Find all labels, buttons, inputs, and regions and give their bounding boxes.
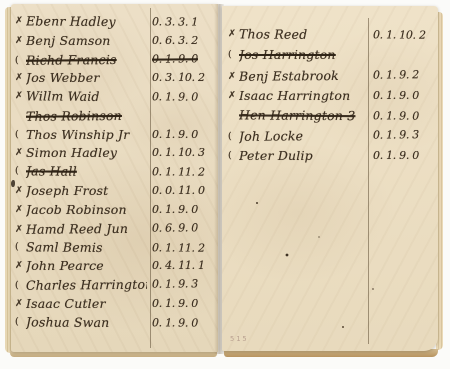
ledger-entry-row: ✗Ebenr Hadley0. 3. 3. 1 xyxy=(15,11,215,31)
ledger-entry-row: ✗Isaac Cutler0. 1. 9. 0 xyxy=(15,294,215,313)
entry-name: Charles Harrington xyxy=(26,277,147,293)
ledger-entry-row: Hen Harrington 30. 1. 9. 0 xyxy=(228,104,435,126)
ledger-entry-row: ✗Benj Estabrook0. 1. 9. 2 xyxy=(228,64,435,86)
tally-mark-icon: ( xyxy=(228,150,239,161)
tally-mark-icon: ( xyxy=(15,280,26,291)
tally-mark-icon: ( xyxy=(15,54,26,65)
entry-name: Saml Bemis xyxy=(26,239,147,255)
tally-mark-icon: ✗ xyxy=(15,185,26,196)
right-page-entry-list: ✗Thos Reed0. 1. 10. 2(Jos Harrington✗Ben… xyxy=(228,24,435,166)
entry-amount: 0. 1. 9. 0 xyxy=(147,203,215,216)
tally-mark-icon: ✗ xyxy=(15,90,26,101)
entry-amount: 0. 1. 9. 0 xyxy=(147,316,215,329)
tally-mark-icon: ✗ xyxy=(228,70,239,81)
ledger-entry-row: (Joh Locke0. 1. 9. 3 xyxy=(228,125,435,147)
tally-mark-icon: ✗ xyxy=(15,147,26,158)
entry-name: Jos Harrington xyxy=(239,47,368,62)
entry-name: Joh Locke xyxy=(239,128,368,144)
ledger-entry-row: (Joshua Swan0. 1. 9. 0 xyxy=(15,312,215,332)
entry-amount: 0. 6. 9. 0 xyxy=(147,221,215,235)
ledger-entry-row: ✗Jos Webber0. 3. 10. 2 xyxy=(15,68,215,87)
entry-amount: 0. 4. 11. 1 xyxy=(147,259,215,272)
entry-name: Simon Hadley xyxy=(26,145,147,160)
entry-name: Peter Dulip xyxy=(239,148,368,163)
left-page-entry-list: ✗Ebenr Hadley0. 3. 3. 1✗Benj Samson0. 6.… xyxy=(15,12,215,332)
ledger-entry-row: (Jos Harrington xyxy=(228,44,435,64)
ledger-right-page: ✗Thos Reed0. 1. 10. 2(Jos Harrington✗Ben… xyxy=(222,6,438,351)
entry-amount: 0. 1. 9. 0 xyxy=(147,128,215,141)
page-number-stamp: 515 xyxy=(230,335,249,343)
entry-amount: 0. 1. 11. 2 xyxy=(147,241,215,254)
ink-specks xyxy=(222,6,224,8)
entry-amount: 0. 1. 9. 3 xyxy=(368,128,435,142)
ledger-entry-row: ✗John Pearce0. 4. 11. 1 xyxy=(15,256,215,275)
entry-name: Isaac Harrington xyxy=(239,88,368,103)
tally-mark-icon: ( xyxy=(15,166,26,177)
tally-mark-icon: ( xyxy=(15,129,26,140)
ledger-entry-row: (Charles Harrington0. 1. 9. 3 xyxy=(15,274,215,295)
entry-amount: 0. 3. 3. 1 xyxy=(147,15,215,28)
tally-mark-icon: ✗ xyxy=(15,298,26,309)
entry-amount: 0. 3. 10. 2 xyxy=(147,71,215,84)
entry-name: Jacob Robinson xyxy=(26,202,147,217)
entry-amount: 0. 1. 10. 2 xyxy=(368,28,435,41)
entry-name: John Pearce xyxy=(26,258,147,273)
entry-name: Benj Estabrook xyxy=(239,67,368,83)
ledger-entry-row: (Thos Winship Jr0. 1. 9. 0 xyxy=(15,125,215,144)
ledger-left-page: ✗Ebenr Hadley0. 3. 3. 1✗Benj Samson0. 6.… xyxy=(11,4,218,352)
ledger-entry-row: (Peter Dulip0. 1. 9. 0 xyxy=(228,146,435,166)
entry-amount: 0. 1. 9. 0 xyxy=(147,52,215,66)
entry-amount: 0. 1. 10. 3 xyxy=(147,146,215,159)
tally-mark-icon: ( xyxy=(228,49,239,60)
ledger-entry-row: ✗Joseph Frost0. 0. 11. 0 xyxy=(15,181,215,200)
entry-name: Jos Webber xyxy=(26,70,147,85)
entry-amount: 0. 1. 11. 2 xyxy=(147,165,215,178)
tally-mark-icon: ✗ xyxy=(228,28,239,39)
entry-amount: 0. 1. 9. 0 xyxy=(147,297,215,310)
entry-name: Jas Hall xyxy=(26,164,147,180)
ledger-entry-row: (Saml Bemis0. 1. 11. 2 xyxy=(15,237,215,257)
entry-amount: 0. 1. 9. 0 xyxy=(147,90,215,103)
entry-name: Ebenr Hadley xyxy=(26,13,147,29)
tally-mark-icon: ( xyxy=(15,241,26,252)
entry-name: Hamd Reed Jun xyxy=(26,220,147,236)
entry-amount: 0. 1. 9. 3 xyxy=(147,277,215,291)
tally-mark-icon: ✗ xyxy=(15,35,26,46)
tally-mark-icon: ✗ xyxy=(15,260,26,271)
tally-mark-icon: ✗ xyxy=(15,72,26,83)
tally-mark-icon: ✗ xyxy=(15,15,26,26)
entry-name: Thos Robinson xyxy=(26,108,147,124)
tally-mark-icon: ✗ xyxy=(15,204,26,215)
entry-amount: 0. 1. 9. 0 xyxy=(368,89,435,102)
ledger-entry-row: ✗Hamd Reed Jun0. 6. 9. 0 xyxy=(15,218,215,239)
entry-name: Thos Reed xyxy=(239,26,368,42)
entry-amount: 0. 1. 9. 0 xyxy=(368,109,435,122)
entry-name: Joseph Frost xyxy=(26,183,147,198)
entry-amount: 0. 1. 9. 0 xyxy=(368,149,435,162)
ledger-entry-row: Thos Robinson xyxy=(15,105,215,126)
ledger-entry-row: (Richd Francis0. 1. 9. 0 xyxy=(15,49,215,70)
entry-amount: 0. 0. 11. 0 xyxy=(147,184,215,197)
ledger-entry-row: ✗Jacob Robinson0. 1. 9. 0 xyxy=(15,200,215,219)
entry-amount: 0. 1. 9. 2 xyxy=(368,67,435,81)
ledger-entry-row: (Jas Hall0. 1. 11. 2 xyxy=(15,162,215,182)
entry-name: Joshua Swan xyxy=(26,314,147,330)
ledger-entry-row: ✗Simon Hadley0. 1. 10. 3 xyxy=(15,144,215,163)
ledger-entry-row: ✗Benj Samson0. 6. 3. 2 xyxy=(15,31,215,50)
entry-name: Isaac Cutler xyxy=(26,296,147,311)
entry-name: Hen Harrington 3 xyxy=(239,107,368,123)
entry-name: Willm Waid xyxy=(26,88,147,104)
tally-mark-icon: ✗ xyxy=(228,90,239,101)
ledger-entry-row: ✗Willm Waid0. 1. 9. 0 xyxy=(15,86,215,106)
entry-name: Benj Samson xyxy=(26,33,147,48)
entry-amount xyxy=(147,115,215,116)
tally-mark-icon: ( xyxy=(15,316,26,327)
entry-amount: 0. 6. 3. 2 xyxy=(147,34,215,47)
entry-name: Richd Francis xyxy=(26,51,147,67)
tally-mark-icon: ( xyxy=(228,131,239,142)
ledger-entry-row: ✗Thos Reed0. 1. 10. 2 xyxy=(228,23,435,45)
tally-mark-icon: ✗ xyxy=(15,223,26,234)
ledger-entry-row: ✗Isaac Harrington0. 1. 9. 0 xyxy=(228,85,435,105)
entry-name: Thos Winship Jr xyxy=(26,127,147,142)
